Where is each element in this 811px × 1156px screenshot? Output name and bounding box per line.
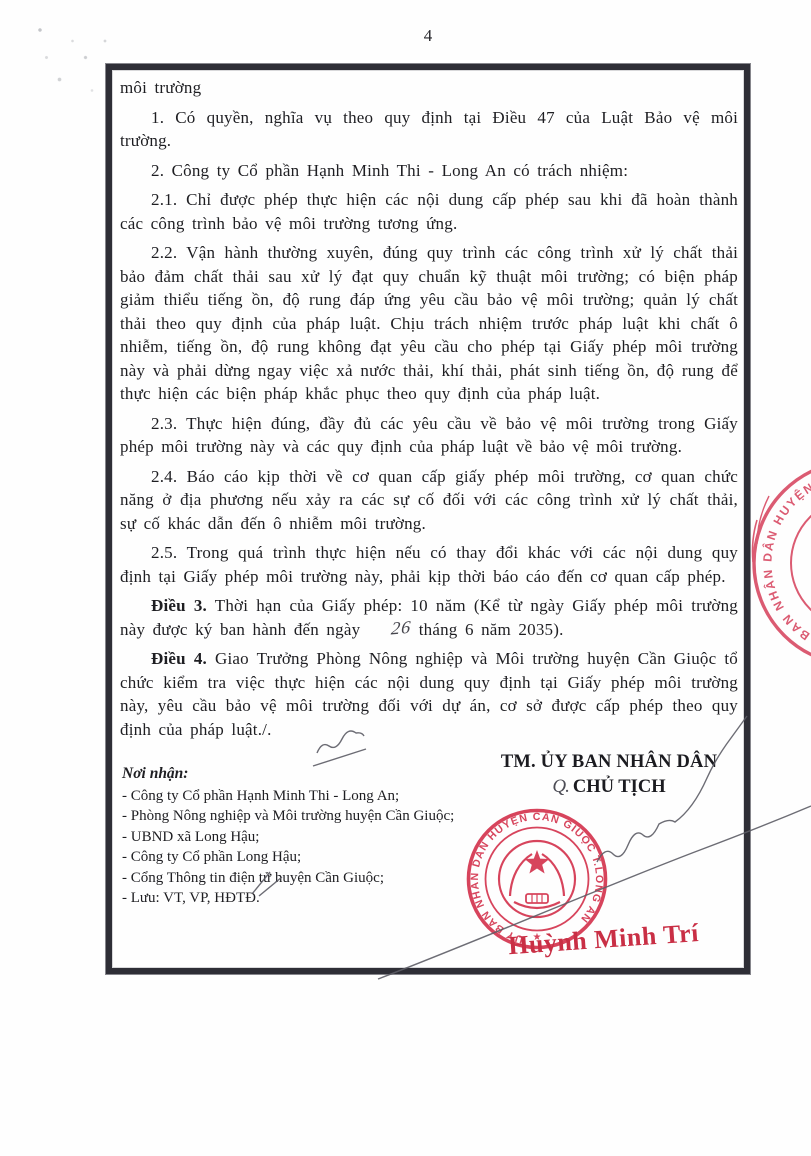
recipients-block: Nơi nhận: - Công ty Cổ phần Hạnh Minh Th… (122, 764, 462, 909)
article-3-label: Điều 3. (151, 596, 207, 615)
recipient-item: - Lưu: VT, VP, HĐTĐ. (122, 888, 462, 909)
paragraph-clause-2-4: 2.4. Báo cáo kịp thời về cơ quan cấp giấ… (120, 465, 738, 536)
signature-title-line: Q.CHỦ TỊCH (468, 776, 750, 798)
edge-seal: BAN NHÂN DÂN HUYỆN CẦN (745, 458, 811, 668)
handwritten-q-prefix: Q. (552, 776, 568, 797)
paragraph-clause-2-1: 2.1. Chỉ được phép thực hiện các nội dun… (120, 188, 738, 235)
paragraph-clause-2-2: 2.2. Vận hành thường xuyên, đúng quy trì… (120, 241, 738, 406)
signature-org-line: TM. ỦY BAN NHÂN DÂN (468, 752, 750, 773)
recipient-item: - Công ty Cổ phần Long Hậu; (122, 847, 462, 868)
edge-seal-inner-ring (791, 498, 811, 628)
article-3-text-after: tháng 6 năm 2035). (411, 620, 563, 639)
paragraph-article-3: Điều 3. Thời hạn của Giấy phép: 10 năm (… (120, 594, 738, 641)
recipients-header: Nơi nhận: (122, 764, 462, 785)
recipient-item: - Cổng Thông tin điện tử huyện Cần Giuộc… (122, 868, 462, 889)
paragraph-clause-2-3: 2.3. Thực hiện đúng, đầy đủ các yêu cầu … (120, 412, 738, 459)
scanned-document-page: 4 môi trường 1. Có quyền, nghĩa vụ theo … (0, 0, 811, 1156)
seal-inner-ring (486, 828, 589, 931)
article-4-label: Điều 4. (151, 649, 207, 668)
handwritten-day: 26 (359, 615, 413, 643)
page-number: 4 (106, 26, 750, 46)
article-4-text: Giao Trưởng Phòng Nông nghiệp và Môi trư… (120, 649, 738, 739)
paragraph-clause-2: 2. Công ty Cổ phần Hạnh Minh Thi - Long … (120, 159, 738, 183)
paragraph-article-4: Điều 4. Giao Trưởng Phòng Nông nghiệp và… (120, 647, 738, 741)
recipient-item: - UBND xã Long Hậu; (122, 827, 462, 848)
signature-block: TM. ỦY BAN NHÂN DÂN Q.CHỦ TỊCH (468, 752, 750, 798)
signature-title: CHỦ TỊCH (573, 777, 666, 797)
emblem-star-icon (525, 850, 550, 874)
paragraph-continuation: môi trường (120, 76, 738, 100)
recipient-item: - Phòng Nông nghiệp và Môi trường huyện … (122, 806, 462, 827)
document-body: môi trường 1. Có quyền, nghĩa vụ theo qu… (120, 76, 738, 741)
emblem-cog-teeth (532, 894, 542, 903)
paragraph-clause-1: 1. Có quyền, nghĩa vụ theo quy định tại … (120, 106, 738, 153)
paragraph-clause-2-5: 2.5. Trong quá trình thực hiện nếu có th… (120, 541, 738, 588)
recipient-item: - Công ty Cổ phần Hạnh Minh Thi - Long A… (122, 786, 462, 807)
